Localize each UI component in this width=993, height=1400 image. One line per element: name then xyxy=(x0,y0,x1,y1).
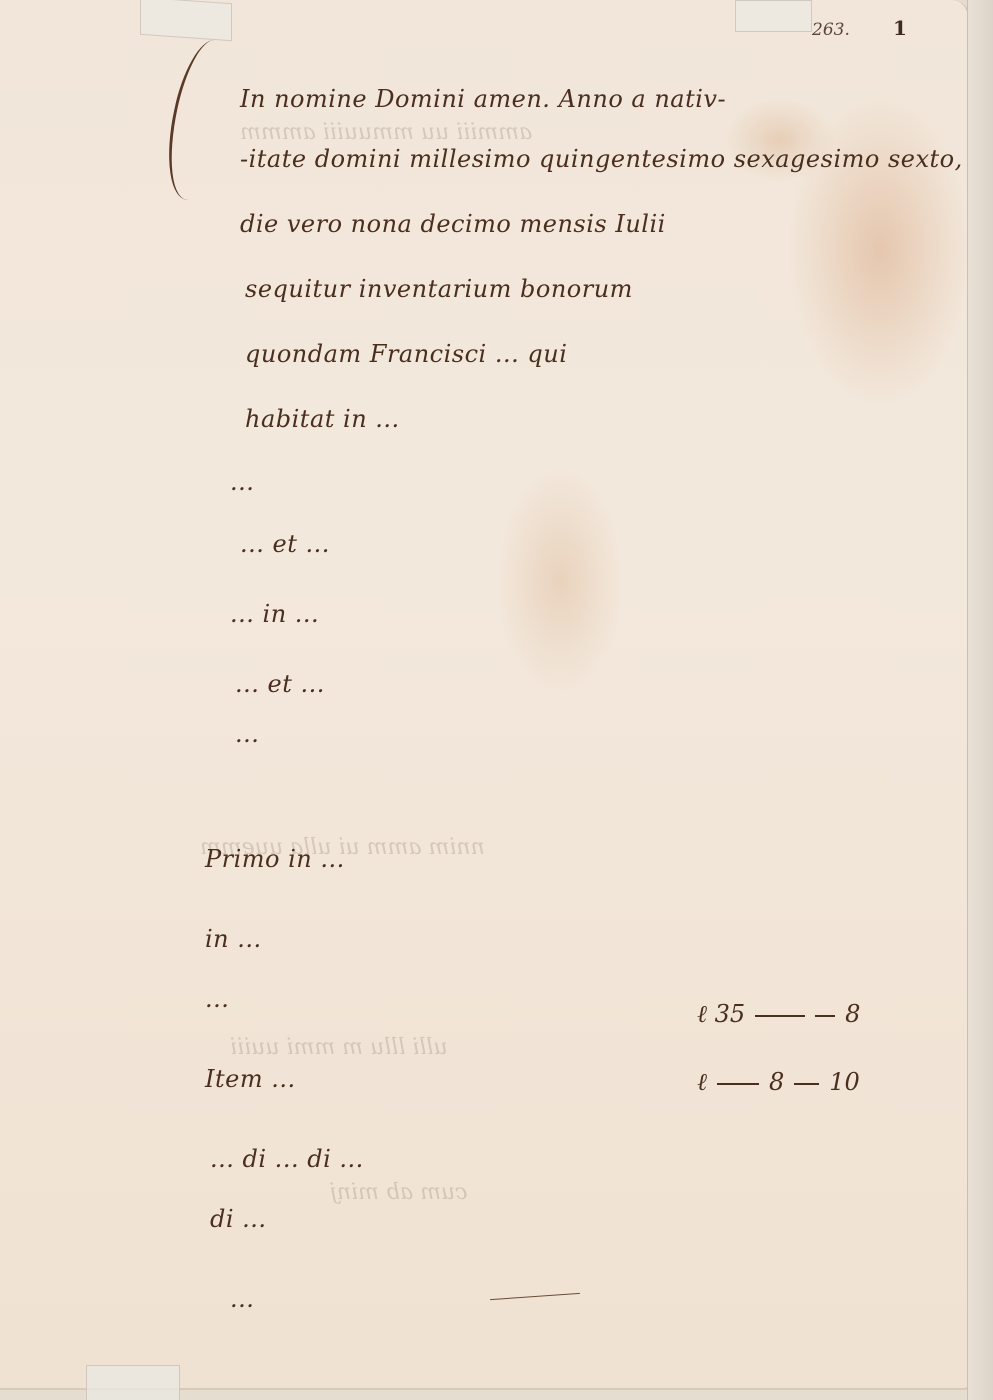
text-line: habitat in ... xyxy=(245,405,400,433)
text-line: quondam Francisci ... qui xyxy=(245,340,567,368)
tape-strip xyxy=(86,1365,180,1400)
bleed-through: ulli lllu m mmi uuiii xyxy=(230,1035,448,1060)
inventory-line: Primo in ... xyxy=(205,845,345,873)
decorated-initial xyxy=(155,40,247,200)
inventory-line: ... xyxy=(230,1285,254,1313)
text-line: ... et ... xyxy=(235,670,325,698)
amount-value: 10 xyxy=(829,1068,860,1096)
text-line: In nomine Domini amen. Anno a nativ- xyxy=(240,85,726,113)
inventory-line: ... di ... di ... xyxy=(210,1145,364,1173)
inventory-line: ... xyxy=(205,985,229,1013)
text-line: -itate domini millesimo quingentesimo se… xyxy=(240,145,963,173)
text-line: die vero nona decimo mensis Iulii xyxy=(240,210,666,238)
amount-value: 8 xyxy=(769,1068,784,1096)
adjacent-page-edge xyxy=(967,0,993,1400)
amount-value: ℓ 35 xyxy=(697,1000,745,1028)
folio-mark: 1 xyxy=(893,16,907,40)
amount-entry: ℓ810 xyxy=(697,1068,860,1097)
folio-number: 263. xyxy=(812,20,850,40)
closing-stroke xyxy=(490,1293,580,1300)
tape-strip xyxy=(140,0,232,41)
text-line: sequitur inventarium bonorum xyxy=(245,275,633,303)
text-line: ... in ... xyxy=(230,600,319,628)
amount-value: 8 xyxy=(845,1000,860,1028)
text-line: ... et ... xyxy=(240,530,330,558)
amount-entry: ℓ 358 xyxy=(697,1000,860,1029)
bleed-through: ammiii uu mmuuiii ammm xyxy=(240,120,532,145)
amount-value: ℓ xyxy=(697,1068,707,1096)
text-line: ... xyxy=(235,720,259,748)
manuscript-page: 263. 1 ammiii uu mmuuiii ammm nnim amm u… xyxy=(0,0,970,1390)
inventory-line: di ... xyxy=(210,1205,267,1233)
text-line: ... xyxy=(230,468,254,496)
inventory-line: in ... xyxy=(205,925,262,953)
tape-strip xyxy=(735,0,812,32)
inventory-line: Item ... xyxy=(205,1065,296,1093)
bleed-through: cum ab minj xyxy=(330,1180,467,1205)
